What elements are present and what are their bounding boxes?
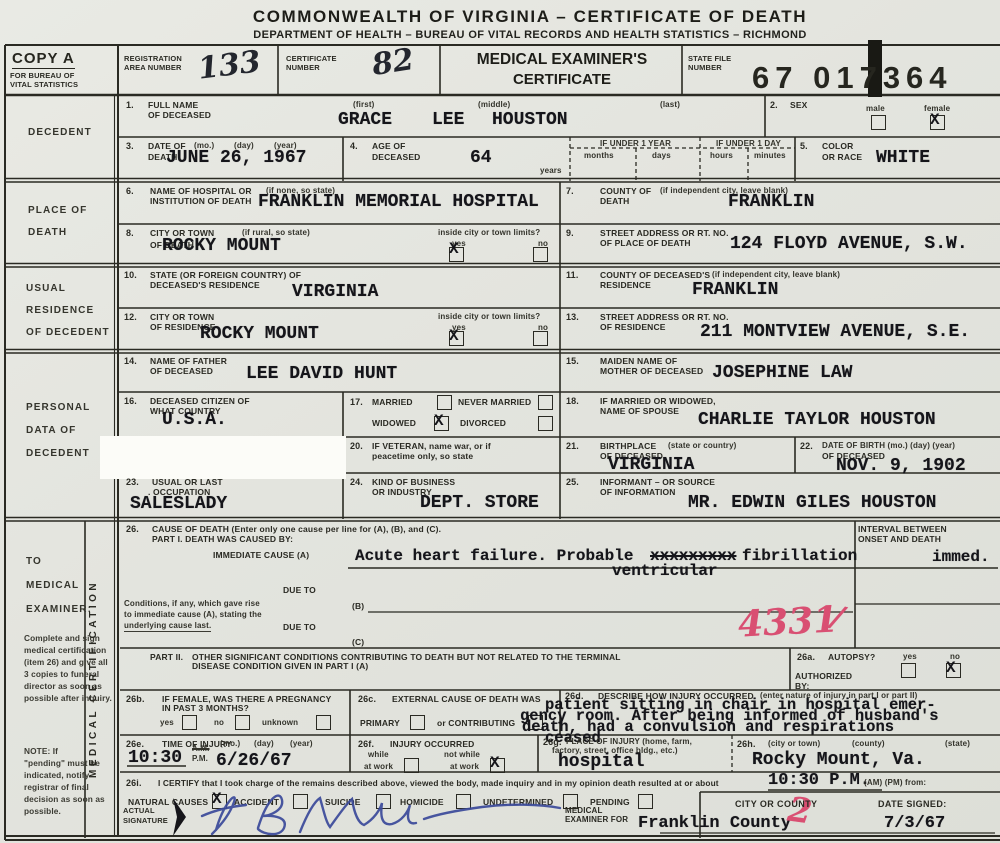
under-day-label: IF UNDER 1 DAY [716, 139, 781, 148]
field18-label1: IF MARRIED OR WIDOWED, [600, 396, 716, 406]
field7-label2: DEATH [600, 196, 629, 206]
registration-area-label2: AREA NUMBER [124, 63, 182, 72]
sidebar-res3: OF DECEDENT [26, 327, 110, 338]
checkbox-mark: X [449, 327, 459, 345]
years-label: years [540, 166, 562, 175]
sidebar-note2-line: possible. [24, 806, 61, 816]
value-date-of-injury: 6/26/67 [216, 751, 292, 771]
checkbox-mark: X [946, 659, 956, 677]
conditions-note1: Conditions, if any, which gave rise [124, 599, 260, 608]
city-limits-question: inside city or town limits? [438, 228, 540, 237]
value-date-signed: 7/3/67 [884, 814, 945, 833]
field4-label2: DECEASED [372, 152, 420, 162]
authorized-label2: BY: [795, 681, 809, 691]
field6-num: 6. [126, 186, 134, 196]
medical-examiner-for-label2: EXAMINER FOR [565, 815, 628, 824]
field1-label1: FULL NAME [148, 100, 198, 110]
value-cause-a2: fibrillation [742, 547, 857, 565]
due-to-b-label: DUE TO [283, 585, 316, 595]
checkbox-mark: X [434, 412, 444, 430]
value-age: 64 [470, 148, 492, 168]
value-last-name: HOUSTON [492, 110, 568, 130]
field26b-label2: IN PAST 3 MONTHS? [162, 703, 249, 713]
field26i-num: 26i. [126, 778, 142, 788]
code-red-handwriting: 4331 [737, 598, 839, 645]
whiteout-patch [100, 436, 346, 479]
field11-hint: (if independent city, leave blank) [712, 270, 840, 279]
field10-label2: DECEASED'S RESIDENCE [150, 280, 260, 290]
value-spouse-name: CHARLIE TAYLOR HOUSTON [698, 410, 936, 430]
checkbox-mark: X [490, 754, 500, 772]
res-limits-question: inside city or town limits? [438, 312, 540, 321]
field22-label1: DATE OF BIRTH (mo.) (day) (year) [822, 441, 955, 450]
hours-label: hours [710, 151, 733, 160]
field10-label1: STATE (OR FOREIGN COUNTRY) OF [150, 270, 301, 280]
field24-num: 24. [350, 477, 363, 487]
field26-num: 26. [126, 524, 139, 534]
checkbox-widowed[interactable]: X [434, 416, 449, 431]
state-file-number: 67 017364 [752, 60, 953, 96]
am-label: A.M. [192, 744, 210, 753]
value-mother-name: JOSEPHINE LAW [712, 363, 852, 383]
value-street-of-death: 124 FLOYD AVENUE, S.W. [730, 234, 968, 254]
state-file-label1: STATE FILE [688, 54, 731, 63]
field2-num: 2. [770, 100, 778, 110]
field21-label1: BIRTHPLACE [600, 441, 656, 451]
last-hint: (last) [660, 100, 680, 109]
male-label: male [866, 104, 885, 113]
value-state-residence: VIRGINIA [292, 282, 378, 302]
checkbox-pregnancy-no[interactable] [235, 715, 250, 730]
married-label: MARRIED [372, 397, 413, 407]
sidebar-place1: PLACE OF [28, 205, 87, 216]
field11-label1: COUNTY OF DECEASED'S [600, 270, 710, 280]
checkbox-city-limits-no[interactable] [533, 247, 548, 262]
sidebar-personal3: DECEDENT [26, 448, 90, 459]
value-father-name: LEE DAVID HUNT [246, 364, 397, 384]
field16-label1: DECEASED CITIZEN OF [150, 396, 250, 406]
checkbox-pregnancy-yes[interactable] [182, 715, 197, 730]
field13-label1: STREET ADDRESS OR RT. NO. [600, 312, 729, 322]
interval-label2: ONSET AND DEATH [858, 534, 941, 544]
field10-num: 10. [124, 270, 137, 280]
days-label: days [652, 151, 671, 160]
field14-label2: OF DECEASED [150, 366, 213, 376]
value-birthplace: VIRGINIA [608, 455, 694, 475]
field21-hint: (state or country) [668, 441, 737, 450]
checkbox-autopsy-yes[interactable] [901, 663, 916, 678]
sidebar-note2-line: indicated, notify [24, 770, 89, 780]
me-certificate-line2: CERTIFICATE [443, 71, 681, 88]
field9-label1: STREET ADDRESS OR RT. NO. [600, 228, 729, 238]
checkbox-city-limits-yes[interactable]: X [449, 247, 464, 262]
field26f-num: 26f. [358, 739, 374, 749]
conditions-note3: underlying cause last. [124, 621, 211, 632]
me-certificate-line1: MEDICAL EXAMINER'S [443, 51, 681, 69]
at-work-label: at work [450, 762, 479, 771]
field6-label2: INSTITUTION OF DEATH [150, 196, 252, 206]
checkbox-mark: X [449, 240, 459, 258]
field6-label1: NAME OF HOSPITAL OR [150, 186, 252, 196]
value-cause-insert: ventricular [612, 562, 718, 580]
field26h-num: 26h. [737, 739, 756, 749]
checkbox-sex-female[interactable]: X [930, 115, 945, 130]
no-label: no [214, 718, 224, 727]
certificate-number-label2: NUMBER [286, 63, 320, 72]
field26b-num: 26b. [126, 694, 145, 704]
yes-label: yes [160, 718, 174, 727]
at-work-label: at work [364, 762, 393, 771]
value-informant: MR. EDWIN GILES HOUSTON [688, 493, 936, 513]
value-injury-location: Rocky Mount, Va. [752, 750, 925, 770]
conditions-note2: to immediate cause (A), stating the [124, 610, 262, 619]
checkbox-not-at-work[interactable]: X [490, 758, 505, 773]
c-label: (C) [352, 637, 364, 647]
field15-num: 15. [566, 356, 579, 366]
value-time-of-injury: 10:30 [128, 748, 182, 768]
minutes-label: minutes [754, 151, 786, 160]
interval-label1: INTERVAL BETWEEN [858, 524, 947, 534]
value-business: DEPT. STORE [420, 493, 539, 513]
copy-sub2: VITAL STATISTICS [10, 80, 78, 89]
signature-arrow-icon [172, 798, 188, 836]
checkbox-pregnancy-unknown[interactable] [316, 715, 331, 730]
field18-num: 18. [566, 396, 579, 406]
under-year-label: IF UNDER 1 YEAR [600, 139, 671, 148]
field1-label2: OF DECEASED [148, 110, 211, 120]
copy-label: COPY A [12, 50, 75, 69]
checkbox-divorced[interactable] [538, 416, 553, 431]
field26f-label: INJURY OCCURRED [390, 739, 474, 749]
field25-num: 25. [566, 477, 579, 487]
checkbox-at-work[interactable] [404, 758, 419, 773]
field5-label2: OR RACE [822, 152, 862, 162]
sex-label: SEX [790, 100, 807, 110]
date-signed-label: DATE SIGNED: [878, 799, 947, 809]
field3-num: 3. [126, 141, 134, 151]
sidebar-res2: RESIDENCE [26, 305, 94, 316]
field7-label1: COUNTY OF [600, 186, 651, 196]
middle-hint: (middle) [478, 100, 510, 109]
sidebar-to2: MEDICAL [26, 580, 79, 591]
year-hint: (year) [290, 739, 313, 748]
first-hint: (first) [353, 100, 375, 109]
primary-label: PRIMARY [360, 718, 400, 728]
field26c-num: 26c. [358, 694, 376, 704]
field1-num: 1. [126, 100, 134, 110]
field23-label1: USUAL OR LAST [152, 477, 223, 487]
field18-label2: NAME OF SPOUSE [600, 406, 679, 416]
months-label: months [584, 151, 614, 160]
field26g-label1: PLACE OF INJURY (home, farm, [566, 737, 692, 746]
field11-num: 11. [566, 270, 578, 280]
checkbox-autopsy-no[interactable]: X [946, 663, 961, 678]
field12-label1: CITY OR TOWN [150, 312, 214, 322]
field25-label2: OF INFORMATION [600, 487, 676, 497]
part2-label: PART II. [150, 652, 183, 662]
checkbox-pending[interactable] [638, 794, 653, 809]
field20-label2: peacetime only, so state [372, 451, 473, 461]
sidebar-medical-certification: MEDICAL CERTIFICATION [88, 524, 114, 834]
checkbox-res-limits-no[interactable] [533, 331, 548, 346]
certify-suffix: (AM) (PM) from: [864, 778, 926, 787]
field25-label1: INFORMANT – OR SOURCE [600, 477, 715, 487]
field15-label1: MAIDEN NAME OF [600, 356, 677, 366]
registration-area-label1: REGISTRATION [124, 54, 182, 63]
sidebar-note2-line: NOTE: If [24, 746, 58, 756]
checkbox-sex-male[interactable] [871, 115, 886, 130]
field5-num: 5. [800, 141, 808, 151]
value-county-of-death: FRANKLIN [728, 192, 814, 212]
field9-num: 9. [566, 228, 574, 238]
value-occupation: SALESLADY [130, 494, 227, 514]
field15-label2: MOTHER OF DECEASED [600, 366, 703, 376]
field7-num: 7. [566, 186, 574, 196]
field4-label1: AGE OF [372, 141, 406, 151]
medical-examiner-for-label1: MEDICAL [565, 806, 603, 815]
not-while-label: not while [444, 750, 480, 759]
value-date-of-birth: NOV. 9, 1902 [836, 456, 966, 476]
field23-num: 23. [126, 477, 139, 487]
certificate-number-value: 82 [370, 42, 417, 83]
value-citizen: U.S.A. [162, 410, 227, 430]
death-certificate: COMMONWEALTH OF VIRGINIA – CERTIFICATE O… [0, 0, 1000, 843]
sidebar-note2-line: registrar of final [24, 782, 89, 792]
checkbox-married[interactable] [437, 395, 452, 410]
sidebar-personal2: DATA OF [26, 425, 76, 436]
sidebar-res1: USUAL [26, 283, 66, 294]
checkbox-primary[interactable] [410, 715, 425, 730]
value-street-residence: 211 MONTVIEW AVENUE, S.E. [700, 322, 970, 342]
value-color-race: WHITE [876, 148, 930, 168]
value-county-residence: FRANKLIN [692, 280, 778, 300]
examiner-signature [188, 786, 588, 842]
field13-label2: OF RESIDENCE [600, 322, 666, 332]
sidebar-place2: DEATH [28, 227, 67, 238]
field24-label1: KIND OF BUSINESS [372, 477, 455, 487]
field20-num: 20. [350, 441, 363, 451]
field26c-label: EXTERNAL CAUSE OF DEATH WAS [392, 694, 541, 704]
value-cause-a1: Acute heart failure. Probable [355, 547, 633, 565]
value-hospital: FRANKLIN MEMORIAL HOSPITAL [258, 192, 539, 212]
immediate-cause-label: IMMEDIATE CAUSE (A) [213, 550, 309, 560]
day-hint: (day) [254, 739, 274, 748]
pm-label: P.M. [192, 754, 208, 763]
field22-num: 22. [800, 441, 813, 451]
city-or-town-hint: (city or town) [768, 739, 820, 748]
red-mark-handwriting: 2 [785, 790, 814, 833]
sidebar-to1: TO [26, 556, 42, 567]
field8-num: 8. [126, 228, 134, 238]
checkbox-res-limits-yes[interactable]: X [449, 331, 464, 346]
actual-signature-label1: ACTUAL [123, 806, 155, 815]
field21-num: 21. [566, 441, 579, 451]
value-place-of-injury: hospital [558, 752, 644, 772]
yes-label: yes [903, 652, 917, 661]
field14-num: 14. [124, 356, 137, 366]
part1-label: PART I. DEATH WAS CAUSED BY: [152, 534, 293, 544]
county-hint: (county) [852, 739, 885, 748]
certificate-number-label1: CERTIFICATE [286, 54, 337, 63]
field17-num: 17. [350, 397, 363, 407]
value-date-of-death: JUNE 26, 1967 [166, 148, 306, 168]
state-hint: (state) [945, 739, 970, 748]
unknown-label: unknown [262, 718, 298, 727]
sidebar-decedent: DECEDENT [28, 127, 92, 138]
part2-text2: DISEASE CONDITION GIVEN IN PART I (A) [192, 661, 368, 671]
cause-of-death-header: CAUSE OF DEATH (Enter only one cause per… [152, 524, 441, 534]
state-file-label2: NUMBER [688, 63, 722, 72]
due-to-c-label: DUE TO [283, 622, 316, 632]
city-or-county-label: CITY OR COUNTY [735, 799, 817, 809]
field14-label1: NAME OF FATHER [150, 356, 227, 366]
while-label: while [368, 750, 389, 759]
contributing-label: or CONTRIBUTING [437, 718, 515, 728]
value-interval: immed. [932, 548, 990, 566]
field4-num: 4. [350, 141, 358, 151]
field20-label1: IF VETERAN, name war, or if [372, 441, 491, 451]
copy-sub1: FOR BUREAU OF [10, 71, 74, 80]
field5-label1: COLOR [822, 141, 853, 151]
value-middle-name: LEE [432, 110, 464, 130]
authorized-label1: AUTHORIZED [795, 671, 852, 681]
value-examiner-county: Franklin County [638, 814, 791, 833]
page-title: COMMONWEALTH OF VIRGINIA – CERTIFICATE O… [70, 7, 990, 27]
autopsy-label: AUTOPSY? [828, 652, 875, 662]
divorced-label: DIVORCED [460, 418, 506, 428]
field12-num: 12. [124, 312, 137, 322]
checkbox-never-married[interactable] [538, 395, 553, 410]
value-death-time: 10:30 P.M. [768, 771, 870, 790]
value-city-residence: ROCKY MOUNT [200, 324, 319, 344]
mo-hint: (mo.) [220, 739, 240, 748]
widowed-label: WIDOWED [372, 418, 416, 428]
actual-signature-label2: SIGNATURE [123, 816, 168, 825]
sidebar-to3: EXAMINER: [26, 604, 92, 615]
field26a-num: 26a. [797, 652, 815, 662]
field11-label2: RESIDENCE [600, 280, 651, 290]
b-label: (B) [352, 601, 364, 611]
value-city-of-death: ROCKY MOUNT [162, 236, 281, 256]
field9-label2: OF PLACE OF DEATH [600, 238, 691, 248]
page-subtitle: DEPARTMENT OF HEALTH – BUREAU OF VITAL R… [70, 29, 990, 41]
value-first-name: GRACE [338, 110, 392, 130]
field13-num: 13. [566, 312, 579, 322]
sidebar-personal1: PERSONAL [26, 402, 90, 413]
never-married-label: NEVER MARRIED [458, 397, 531, 407]
field16-num: 16. [124, 396, 137, 406]
checkbox-mark: X [930, 111, 940, 129]
